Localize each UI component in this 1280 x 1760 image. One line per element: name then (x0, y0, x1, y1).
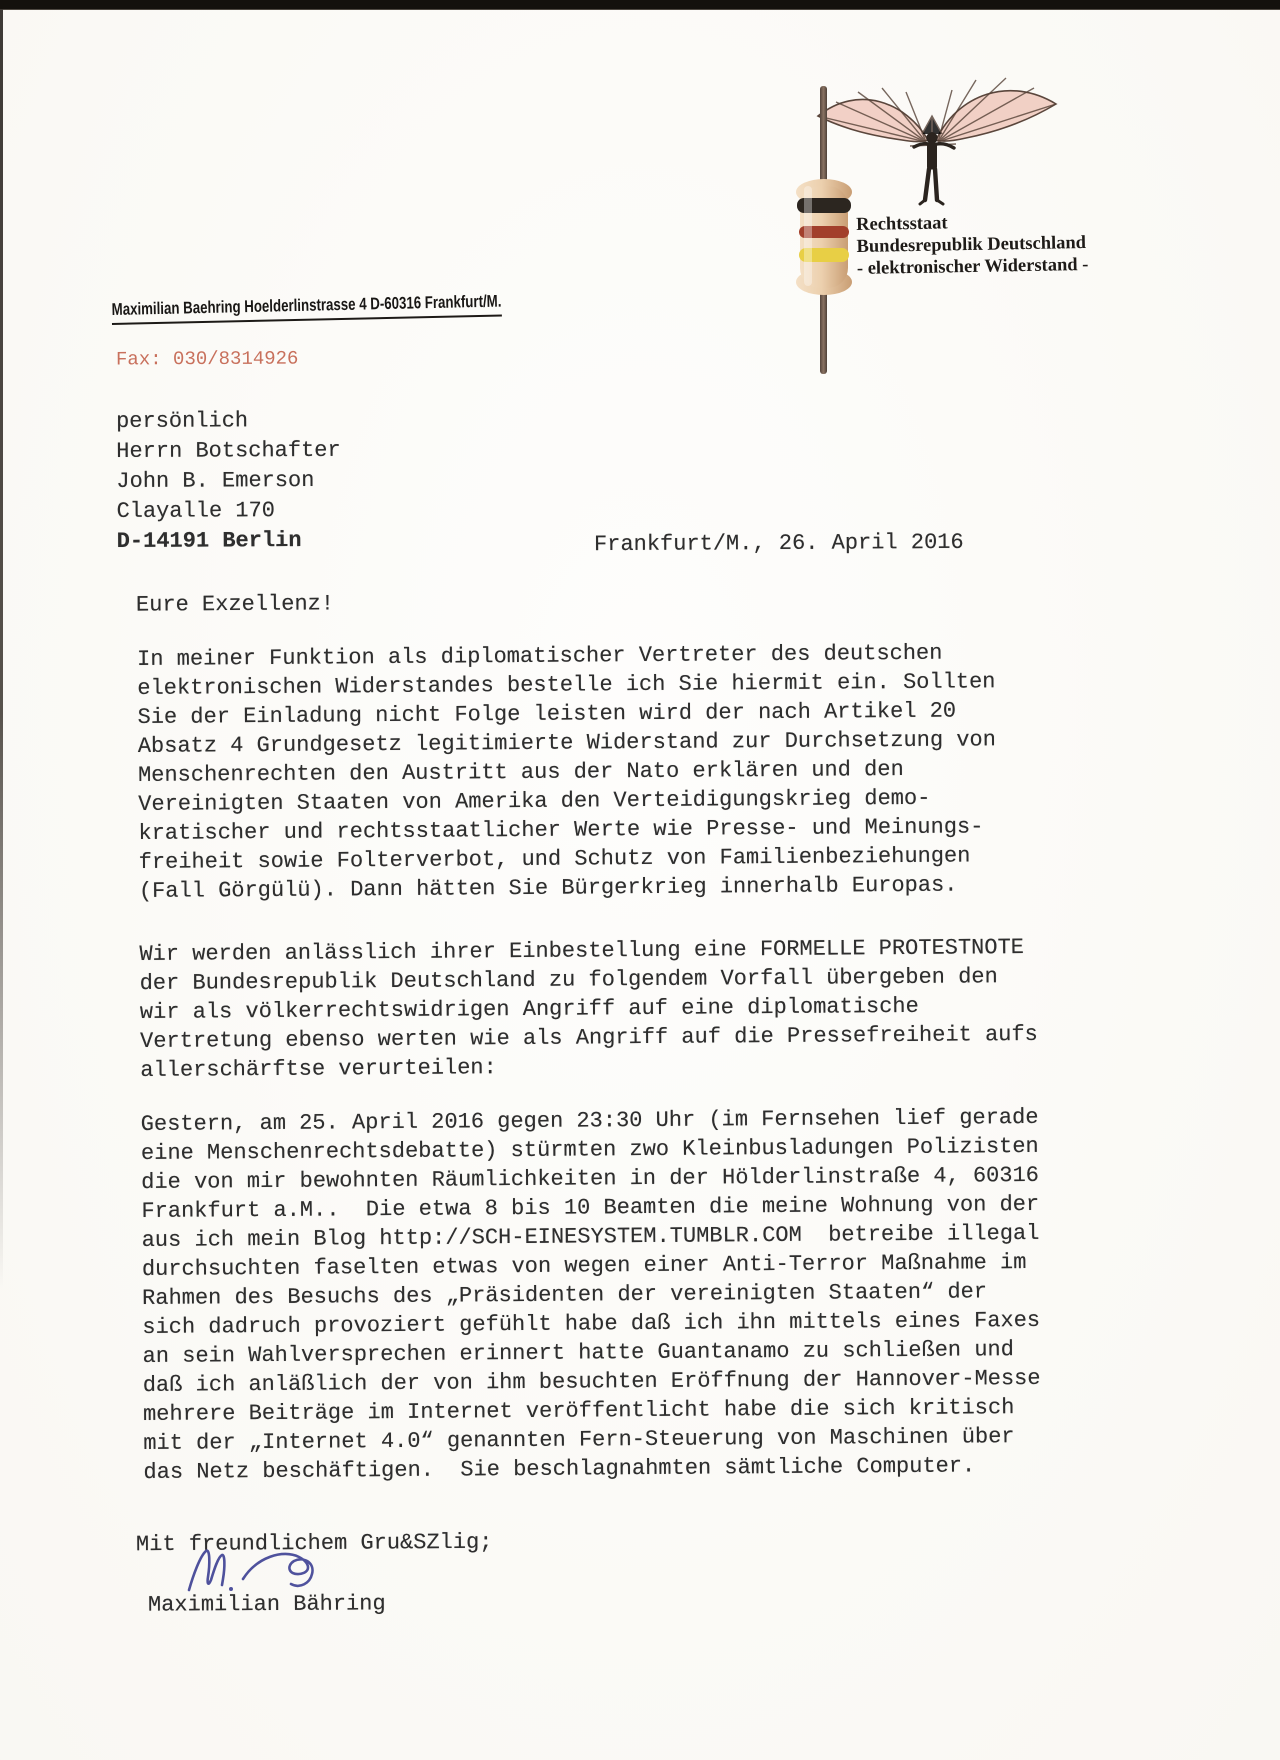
fax-number: Fax: 030/8314926 (116, 348, 299, 371)
signer-name: Maximilian Bähring (148, 1591, 386, 1617)
letterhead-logo: Rechtsstaat Bundesrepublik Deutschland -… (760, 70, 1200, 330)
resistor-icon (796, 86, 852, 374)
paragraph-1: In meiner Funktion als diplomatischer Ve… (137, 637, 1139, 906)
letter-body: In meiner Funktion als diplomatischer Ve… (137, 637, 1144, 1487)
paragraph-3: Gestern, am 25. April 2016 gegen 23:30 U… (141, 1102, 1144, 1487)
recipient-line-title: Herrn Botschafter (116, 436, 341, 467)
letterhead-text: Rechtsstaat Bundesrepublik Deutschland -… (856, 210, 1089, 280)
scanned-letter-page: Rechtsstaat Bundesrepublik Deutschland -… (0, 0, 1280, 1760)
date-line: Frankfurt/M., 26. April 2016 (594, 530, 964, 557)
recipient-line-name: John B. Emerson (116, 466, 341, 497)
sender-address-line: Maximilian Baehring Hoelderlinstrasse 4 … (111, 292, 501, 325)
paragraph-2: Wir werden anlässlich ihrer Einbestellun… (139, 932, 1140, 1085)
logo-line-3: - elektronischer Widerstand - (857, 254, 1089, 280)
recipient-address: persönlich Herrn Botschafter John B. Eme… (116, 406, 341, 557)
recipient-line-city: D-14191 Berlin (117, 526, 342, 557)
lilienthal-glider-icon (818, 78, 1056, 204)
scan-top-edge (0, 0, 1280, 10)
scan-left-edge (0, 9, 3, 1289)
recipient-line-personal: persönlich (116, 406, 341, 437)
pilot-figure (914, 133, 954, 204)
salutation: Eure Exzellenz! (136, 591, 334, 617)
recipient-line-street: Clayalle 170 (116, 496, 341, 527)
